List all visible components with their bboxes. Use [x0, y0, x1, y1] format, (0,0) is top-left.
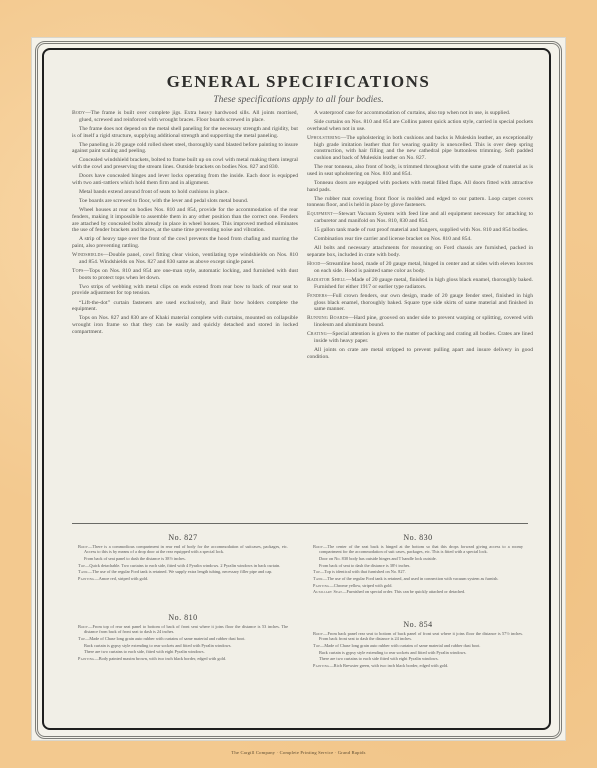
spec-paragraph: Auxiliary Seat—Furnished on special orde…	[313, 589, 523, 594]
spec-paragraph: Tank—The use of the regular Ford tank is…	[313, 576, 523, 581]
model-heading: No. 810	[78, 615, 288, 620]
spec-paragraph: Crating—Special attention is given to th…	[307, 331, 533, 344]
spec-paragraph: A strip of heavy tape over the front of …	[72, 236, 298, 249]
section-divider	[72, 523, 528, 524]
spec-paragraph: Top—Quick detachable. Two curtains to ea…	[78, 563, 288, 568]
spec-paragraph: Side curtains on Nos. 810 and 854 are Co…	[307, 119, 533, 132]
spec-paragraph: Back curtain is gypsy style extending to…	[78, 643, 288, 648]
spec-paragraph: Body—The frame is built over complete ji…	[72, 110, 298, 123]
spec-paragraph: Upholstering—The upholstering in both cu…	[307, 135, 533, 162]
spec-label: Crating	[307, 331, 327, 337]
spec-paragraph: Painting—Rich Brewster green, with two i…	[313, 663, 523, 668]
spec-paragraph: Top—Made of Chase long grain auto rubber…	[313, 643, 523, 648]
spec-paragraph: The rubber mat covering front floor is m…	[307, 196, 533, 209]
spec-paragraph: Body—From back panel rear seat to bottom…	[313, 631, 523, 641]
spec-label: Body	[313, 631, 323, 636]
spec-label: Running Boards	[307, 315, 348, 321]
spec-label: Tank	[78, 569, 88, 574]
spec-paragraph: 15 gallon tank made of rust proof materi…	[307, 227, 533, 234]
spec-paragraph: Tonneau doors are equipped with pockets …	[307, 180, 533, 193]
spec-label: Body	[78, 544, 88, 549]
spec-paragraph: Concealed windshield brackets, bolted to…	[72, 157, 298, 170]
spec-paragraph: Body—There is a commodious compartment i…	[78, 544, 288, 554]
spec-paragraph: Radiator Shell—Made of 20 gauge metal, f…	[307, 277, 533, 290]
spec-paragraph: There are two curtains to each side fitt…	[313, 656, 523, 661]
spec-label: Windshields	[72, 252, 103, 258]
spec-label: Top	[78, 563, 85, 568]
spec-paragraph: Back curtain is gypsy style extending to…	[313, 650, 523, 655]
spec-label: Auxiliary Seat	[313, 589, 342, 594]
spec-paragraph: The paneling is 20 gauge cold rolled she…	[72, 142, 298, 155]
right-column: A waterproof case for accommodation of c…	[307, 110, 533, 363]
spec-label: Painting	[313, 583, 330, 588]
spec-paragraph: Running Boards—Hard pine, grooved on und…	[307, 315, 533, 328]
spec-paragraph: Doors have concealed hinges and lever lo…	[72, 173, 298, 186]
model-heading: No. 830	[313, 535, 523, 540]
spec-paragraph: Metal bands extend around front of seats…	[72, 189, 298, 196]
spec-paragraph: From back of seat panel to dash the dist…	[78, 556, 288, 561]
printer-credit: The Cargill Company · Complete Printing …	[0, 750, 597, 755]
spec-paragraph: A waterproof case for accommodation of c…	[307, 110, 533, 117]
spec-paragraph: All joints on crate are metal stripped t…	[307, 347, 533, 360]
spec-paragraph: Tops—Tops on Nos. 810 and 854 are one-ma…	[72, 268, 298, 281]
spec-paragraph: Fenders—Full crown fenders, our own desi…	[307, 293, 533, 313]
model-854-section: No. 854 Body—From back panel rear seat t…	[313, 622, 523, 670]
spec-paragraph: Painting—Chrome yellow, striped with gol…	[313, 583, 523, 588]
spec-paragraph: Windshields—Double panel, cowl fitting c…	[72, 252, 298, 265]
spec-paragraph: Tank—The use of the regular Ford tank is…	[78, 569, 288, 574]
spec-paragraph: “Lift-the-dot” curtain fasteners are use…	[72, 300, 298, 313]
spec-label: Upholstering	[307, 135, 341, 141]
spec-label: Painting	[78, 576, 95, 581]
spec-paragraph: Tops on Nos. 827 and 830 are of Khaki ma…	[72, 315, 298, 335]
page-subtitle: These specifications apply to all four b…	[0, 95, 597, 105]
spec-label: Equipment	[307, 211, 333, 217]
spec-label: Body	[313, 544, 323, 549]
spec-paragraph: Wheel houses at rear on bodies Nos. 810 …	[72, 207, 298, 234]
spec-paragraph: Equipment—Stewart Vacuum System with fee…	[307, 211, 533, 224]
spec-label: Tops	[72, 268, 84, 274]
model-heading: No. 854	[313, 622, 523, 627]
spec-label: Top	[313, 643, 320, 648]
model-810-section: No. 810 Body—From top of rear seat panel…	[78, 615, 288, 663]
spec-label: Hood	[307, 261, 321, 267]
spec-paragraph: Toe boards are screwed to floor, with th…	[72, 198, 298, 205]
spec-paragraph: Painting—Amoe red, striped with gold.	[78, 576, 288, 581]
spec-label: Painting	[78, 656, 95, 661]
spec-paragraph: Door on No. 830 body has outside hinges …	[313, 556, 523, 561]
spec-paragraph: The rear tonneau, also front of body, is…	[307, 164, 533, 177]
page-title: GENERAL SPECIFICATIONS	[0, 72, 597, 92]
spec-paragraph: There are two curtains to each side, fit…	[78, 649, 288, 654]
spec-paragraph: Body—The center of the seat back is hing…	[313, 544, 523, 554]
spec-label: Tank	[313, 576, 323, 581]
spec-paragraph: From back of seat to dash the distance i…	[313, 563, 523, 568]
left-column: Body—The frame is built over complete ji…	[72, 110, 298, 338]
spec-label: Body	[78, 624, 88, 629]
spec-label: Top	[78, 636, 85, 641]
spec-paragraph: Top—Top is identical with that furnished…	[313, 569, 523, 574]
spec-paragraph: Body—From top of rear seat panel to bott…	[78, 624, 288, 634]
spec-paragraph: Hood—Streamline hood, made of 20 gauge m…	[307, 261, 533, 274]
spec-paragraph: The frame does not depend on the metal s…	[72, 126, 298, 139]
model-heading: No. 827	[78, 535, 288, 540]
spec-paragraph: Two strips of webbing with metal clips o…	[72, 284, 298, 297]
spec-label: Painting	[313, 663, 330, 668]
spec-paragraph: Combination rear tire carrier and licens…	[307, 236, 533, 243]
spec-label: Fenders	[307, 293, 327, 299]
spec-label: Body	[72, 110, 85, 116]
spec-paragraph: All bolts and necessary attachments for …	[307, 245, 533, 258]
spec-paragraph: Top—Made of Chase long grain auto rubber…	[78, 636, 288, 641]
spec-label: Top	[313, 569, 320, 574]
model-827-section: No. 827 Body—There is a commodious compa…	[78, 535, 288, 583]
spec-label: Radiator Shell	[307, 277, 346, 283]
spec-paragraph: Painting—Body painted maxim brown, with …	[78, 656, 288, 661]
model-830-section: No. 830 Body—The center of the seat back…	[313, 535, 523, 596]
